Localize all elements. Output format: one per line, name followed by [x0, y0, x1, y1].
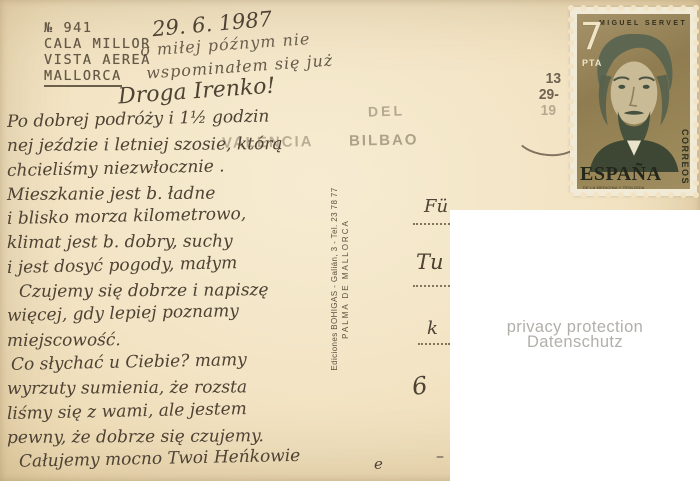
publisher-imprint: Ediciones BOHIGAS - Galián, 3 - Tel. 23 … [329, 163, 353, 395]
printed-header: № 941 CALA MILLOR VISTA AEREA MALLORCA [44, 20, 151, 87]
stamp-caption: DE LA MEDICINA Y TEOLOGIA [583, 186, 645, 189]
stamp-service-label: CORREOS [680, 129, 690, 185]
card-subtitle: VISTA AEREA [44, 52, 151, 68]
stamp-currency: PTA [582, 58, 602, 68]
card-number: № 941 [44, 20, 93, 36]
address-dotted-line [413, 285, 450, 287]
handwritten-message: Po dobrej podróży i 1½ godzin nej jeździ… [7, 110, 427, 474]
address-fragment: – [436, 446, 444, 465]
address-fragment: Fü [424, 196, 448, 217]
stamp-subject-label: MIGUEL SERVET [599, 20, 687, 27]
address-dotted-line [413, 223, 450, 225]
address-fragment: e [374, 455, 383, 473]
publisher-city: PALMA DE MALLORCA [340, 163, 351, 395]
address-dotted-line [418, 343, 450, 345]
card-title: CALA MILLOR [44, 36, 151, 52]
stamp-denomination: 7 [580, 18, 604, 56]
stamp-country-label: ESPAÑA [580, 163, 662, 186]
privacy-label-de: Datenschutz [450, 335, 700, 350]
postage-stamp: MIGUEL SERVET 7 PTA ESPAÑA DE LA MEDICIN… [570, 7, 697, 196]
stamp-design: MIGUEL SERVET 7 PTA ESPAÑA DE LA MEDICIN… [577, 14, 690, 189]
message-line: Po dobrej podróży i 1½ godzin [7, 101, 427, 134]
postmark-number-top: 13 [546, 70, 561, 87]
privacy-protection-overlay: privacy protection Datenschutz [450, 210, 700, 481]
address-fragment: Tu [416, 250, 444, 274]
postcard-back: № 941 CALA MILLOR VISTA AEREA MALLORCA 2… [0, 0, 700, 481]
address-fragment: k [427, 318, 438, 339]
card-region: MALLORCA [44, 68, 122, 87]
postmark-number-middle: 29- [539, 86, 559, 103]
postmark-number-bottom: 19 [541, 102, 556, 119]
publisher-line: Ediciones BOHIGAS - Galián, 3 - Tel. 23 … [329, 163, 340, 395]
